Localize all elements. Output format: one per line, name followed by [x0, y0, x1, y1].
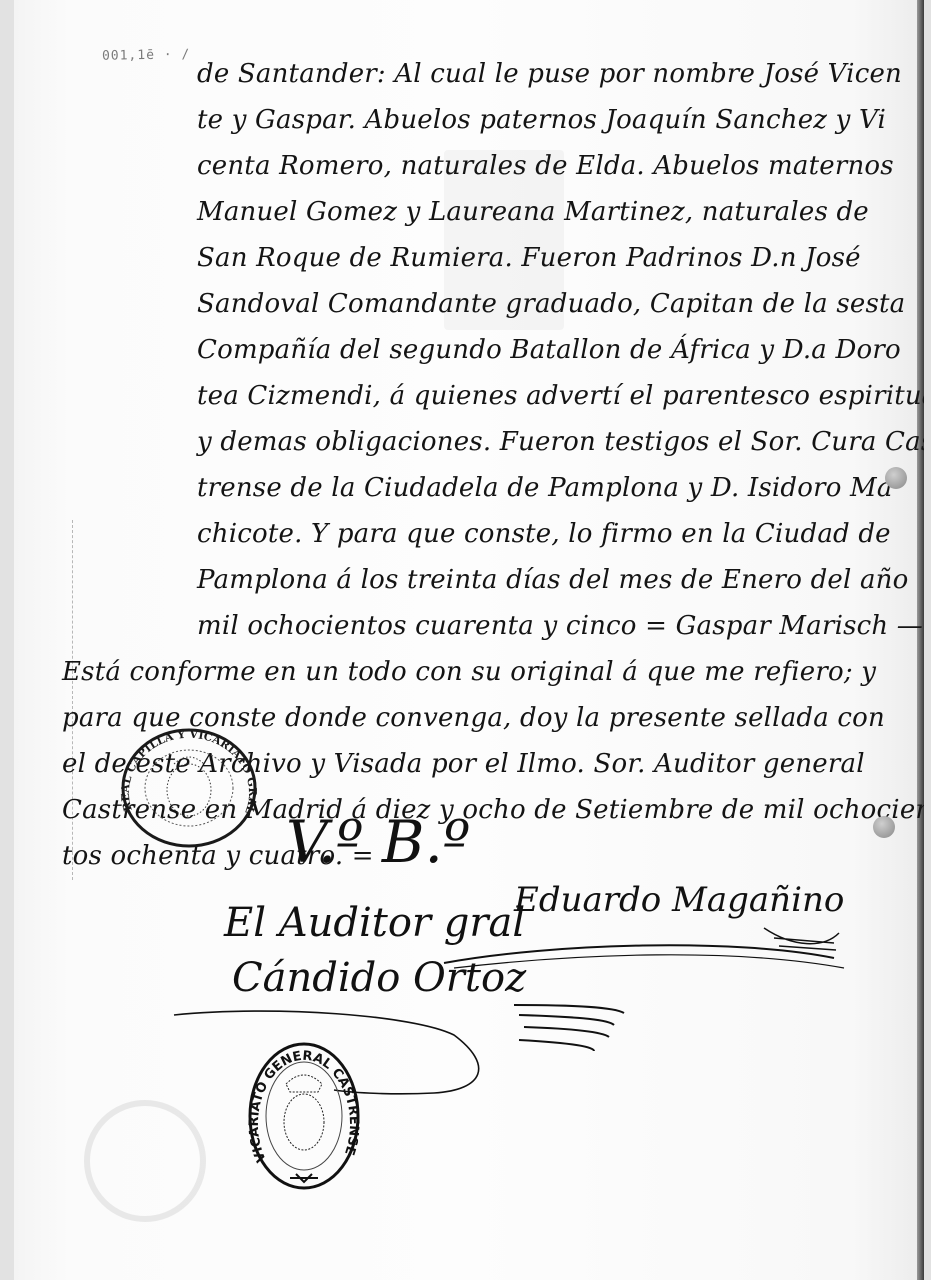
capilla-seal-text: REAL CAPILLA Y VICARIATO GRAL. CASTRENSE — [114, 720, 259, 816]
body-line: y demas obligaciones. Fueron testigos el… — [197, 426, 924, 458]
auditor-title: El Auditor gral — [224, 900, 525, 946]
body-line: te y Gaspar. Abuelos paternos Joaquín Sa… — [197, 104, 886, 136]
body-line: Manuel Gomez y Laureana Martinez, natura… — [197, 196, 869, 228]
vicariato-seal: VICARIATO GENERAL CASTRENSE — [246, 1040, 362, 1190]
body-line: de Santander: Al cual le puse por nombre… — [197, 58, 902, 90]
body-line: Compañía del segundo Batallon de África … — [197, 334, 901, 366]
document-page: 001,1ē · / de Santander: Al cual le puse… — [14, 0, 924, 1280]
body-line: Pamplona á los treinta días del mes de E… — [197, 564, 908, 596]
svg-text:REAL CAPILLA Y VICARIATO GRAL.: REAL CAPILLA Y VICARIATO GRAL. CASTRENSE — [114, 720, 259, 816]
certification-line: Está conforme en un todo con su original… — [62, 656, 876, 688]
archivist-signature: Eduardo Magañino — [514, 880, 844, 920]
punch-hole — [885, 467, 907, 489]
reference-mark: 001,1ē · / — [102, 47, 191, 64]
body-line: mil ochocientos cuarenta y cinco = Gaspa… — [197, 610, 923, 642]
body-line: tea Cizmendi, á quienes advertí el paren… — [197, 380, 924, 412]
faded-seal-impression — [84, 1100, 206, 1222]
body-line: centa Romero, naturales de Elda. Abuelos… — [197, 150, 894, 182]
punch-hole — [873, 816, 895, 838]
fold-line — [72, 520, 74, 880]
capilla-seal: REAL CAPILLA Y VICARIATO GRAL. CASTRENSE — [114, 720, 264, 850]
visto-bueno-mark: V.º B.º — [286, 808, 470, 876]
auditor-flourish — [154, 985, 644, 1115]
body-line: chicote. Y para que conste, lo firmo en … — [197, 518, 891, 550]
body-line: Sandoval Comandante graduado, Capitan de… — [197, 288, 905, 320]
body-line: San Roque de Rumiera. Fueron Padrinos D.… — [197, 242, 861, 274]
body-line: trense de la Ciudadela de Pamplona y D. … — [197, 472, 893, 504]
